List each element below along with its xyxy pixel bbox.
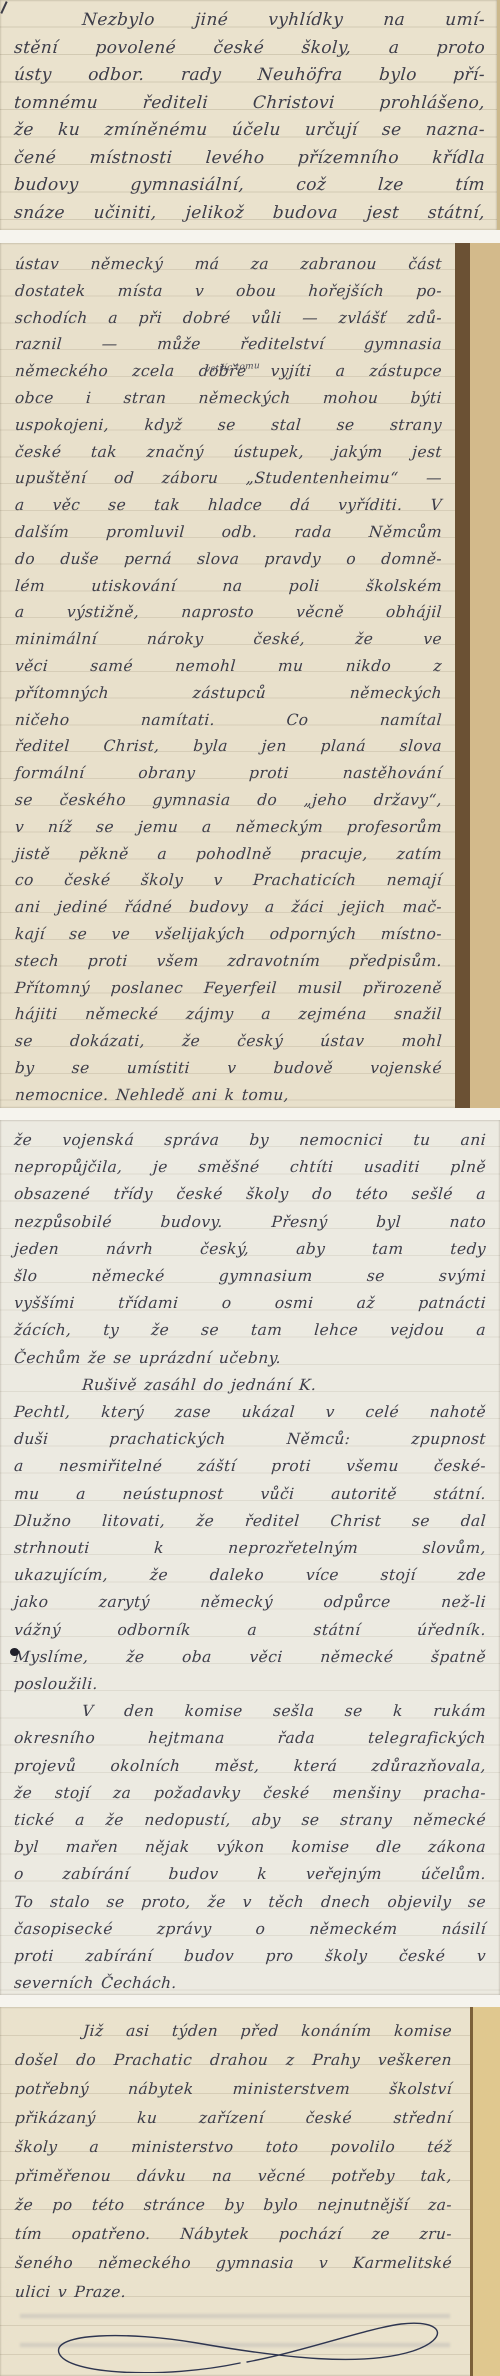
handwriting-line: co české školy v Prachaticích nemají (14, 867, 443, 894)
handwriting-line: nemocnice. Nehledě ani k tomu, (14, 1082, 443, 1108)
handwriting-line: jistě pěkně a pohodlně pracuje, zatím (14, 841, 443, 868)
handwriting-line: ani jediné řádné budovy a žáci jejich ma… (14, 894, 443, 921)
handwriting-line: projevů okolních měst, která zdůrazňoval… (13, 1753, 487, 1780)
handwriting-line: upuštění od záboru „Studentenheimu“ — (14, 465, 443, 492)
handwriting-line: snáze učiniti, jelikož budova jest státn… (13, 200, 486, 228)
handwriting-line: by se umístiti v budově vojenské (14, 1055, 443, 1082)
handwriting-line: Dlužno litovati, že ředitel Christ se da… (13, 1508, 487, 1535)
handwriting-line: šeného německého gymnasia v Karmelitské (14, 2249, 453, 2278)
handwriting-line: české tak značný ústupek, jakým jest (14, 439, 443, 466)
fragment-3-text: že vojenská správa by nemocnici tu anine… (14, 1127, 486, 1995)
handwriting-line: vyššími třídami o osmi až patnácti (13, 1290, 487, 1317)
end-flourish-icon (15, 2311, 445, 2373)
handwriting-line: lém utiskování na poli školském (14, 573, 443, 600)
handwriting-line: vážný odborník a státní úředník. (13, 1617, 487, 1644)
manuscript-fragment-2: vstříc tomu ústav německý má za zabranou… (0, 243, 500, 1108)
page-edge-strip (470, 2007, 500, 2376)
handwriting-line: ředitel Christ, byla jen planá slova (14, 733, 443, 760)
handwriting-line: V den komise sešla se k rukám (13, 1698, 487, 1725)
fragment-4-text: Již asi týden před konáním komisedošel d… (15, 2017, 452, 2307)
handwriting-line: dostatek místa v obou hořejších po- (14, 278, 443, 305)
handwriting-line: přikázaný ku zařízení české střední (14, 2104, 453, 2133)
handwriting-line: ústav německý má za zabranou část (14, 251, 443, 278)
handwriting-line: se dokázati, že český ústav mohl (14, 1028, 443, 1055)
handwriting-line: a výstižně, naprosto věcně obhájil (14, 599, 443, 626)
stray-ink-mark (0, 1, 7, 14)
handwriting-line: strhnouti k neprozřetelným slovům, (13, 1535, 487, 1562)
handwriting-line: přiměřenou dávku na věcné potřeby tak, (14, 2162, 453, 2191)
handwriting-line: nepropůjčila, je směšné chtíti usaditi p… (13, 1154, 487, 1181)
handwriting-line: časopisecké zprávy o německém násilí (13, 1916, 487, 1943)
manuscript-page: Nezbylo jiné vyhlídky na umí-stění povol… (0, 0, 500, 2376)
handwriting-line: Čechům že se uprázdní učebny. (13, 1345, 487, 1372)
handwriting-line: tické a že nedopustí, aby se strany něme… (13, 1807, 487, 1834)
handwriting-line: Rušivě zasáhl do jednání K. (13, 1372, 487, 1399)
page-edge-strip (470, 243, 500, 1108)
handwriting-line: obce i stran německých mohou býti (14, 385, 443, 412)
handwriting-line: že po této stránce by bylo nejnutnější z… (14, 2191, 453, 2220)
handwriting-line: o zabírání budov k veřejným účelům. (13, 1861, 487, 1888)
interlinear-insertion: vstříc tomu (205, 353, 261, 384)
manuscript-fragment-1: Nezbylo jiné vyhlídky na umí-stění povol… (0, 0, 500, 230)
handwriting-line: školy a ministerstvo toto povolilo též (14, 2133, 453, 2162)
handwriting-line: a věc se tak hladce dá vyříditi. V (14, 492, 443, 519)
handwriting-line: proti zabírání budov pro školy české v (13, 1943, 487, 1970)
handwriting-line: čené místnosti levého přízemního křídla (13, 145, 486, 173)
handwriting-line: tomnému řediteli Christovi prohlášeno, (13, 90, 486, 118)
end-flourish-container (15, 2311, 452, 2373)
handwriting-line: duši prachatických Němců: zpupnost (13, 1426, 487, 1453)
handwriting-line: jako zarytý německý odpůrce než-li (13, 1589, 487, 1616)
handwriting-line: okresního hejtmana řada telegrafických (13, 1725, 487, 1752)
handwriting-line: a nesmiřitelné záští proti všemu české- (13, 1453, 487, 1480)
handwriting-line: stění povolené české školy, a proto (13, 35, 486, 63)
handwriting-line: se českého gymnasia do „jeho državy“, (14, 787, 443, 814)
handwriting-line: Myslíme, že oba věci německé špatně (13, 1644, 487, 1671)
handwriting-line: došel do Prachatic drahou z Prahy vešker… (14, 2046, 453, 2075)
handwriting-line: Přítomný poslanec Feyerfeil musil přiroz… (14, 975, 443, 1002)
handwriting-line: dalším promluvil odb. rada Němcům (14, 519, 443, 546)
handwriting-line: že vojenská správa by nemocnici tu ani (13, 1127, 487, 1154)
handwriting-line: potřebný nábytek ministerstvem školství (14, 2075, 453, 2104)
handwriting-line: ústy odbor. rady Neuhöfra bylo pří- (13, 62, 486, 90)
handwriting-line: šlo německé gymnasium se svými (13, 1263, 487, 1290)
book-gutter-shadow (455, 243, 470, 1108)
handwriting-line: ničeho namítati. Co namítal (14, 707, 443, 734)
handwriting-line: minimální nároky české, že ve (14, 626, 443, 653)
handwriting-line: tím opatřeno. Nábytek pochází ze zru- (14, 2220, 453, 2249)
handwriting-line: schodích a při dobré vůli — zvlášť zdů- (14, 305, 443, 332)
handwriting-line: budovy gymnasiální, což lze tím (13, 172, 486, 200)
handwriting-line: byl mařen nějak výkon komise dle zákona (13, 1834, 487, 1861)
handwriting-line: že stojí za požadavky české menšiny prac… (13, 1780, 487, 1807)
handwriting-line: Již asi týden před konáním komise (14, 2017, 453, 2046)
handwriting-line: nezpůsobilé budovy. Přesný byl nato (13, 1209, 487, 1236)
handwriting-line: uspokojeni, když se stal se strany (14, 412, 443, 439)
ink-blot (10, 1648, 19, 1656)
handwriting-line: žácích, ty že se tam lehce vejdou a (13, 1317, 487, 1344)
handwriting-line: jeden návrh český, aby tam tedy (13, 1236, 487, 1263)
handwriting-line: formální obrany proti nastěhování (14, 760, 443, 787)
handwriting-line: mu a neústupnost vůči autoritě státní. (13, 1481, 487, 1508)
handwriting-line: hájiti německé zájmy a zejména snažil (14, 1001, 443, 1028)
manuscript-fragment-4: Již asi týden před konáním komisedošel d… (0, 2007, 500, 2376)
handwriting-line: do duše perná slova pravdy o domně- (14, 546, 443, 573)
handwriting-line: ulici v Praze. (14, 2278, 453, 2307)
handwriting-line: Pechtl, který zase ukázal v celé nahotě (13, 1399, 487, 1426)
handwriting-line: stech proti všem zdravotním předpisům. (14, 948, 443, 975)
handwriting-line: kají se ve všelijakých odporných místno- (14, 921, 443, 948)
handwriting-line: věci samé nemohl mu nikdo z (14, 653, 443, 680)
handwriting-line: ukazujícím, že daleko více stojí zde (13, 1562, 487, 1589)
handwriting-line: obsazené třídy české školy do této sešlé… (13, 1181, 487, 1208)
handwriting-line: přítomných zástupců německých (14, 680, 443, 707)
handwriting-line: To stalo se proto, že v těch dnech objev… (13, 1889, 487, 1916)
fragment-1-text: Nezbylo jiné vyhlídky na umí-stění povol… (14, 7, 485, 227)
handwriting-line: raznil — může ředitelství gymnasia (14, 331, 443, 358)
manuscript-fragment-3: že vojenská správa by nemocnici tu anine… (0, 1120, 500, 1995)
handwriting-line: v níž se jemu a německým profesorům (14, 814, 443, 841)
handwriting-line: Nezbylo jiné vyhlídky na umí- (13, 7, 486, 35)
handwriting-line: severních Čechách. (13, 1970, 487, 1995)
handwriting-line: že ku zmíněnému účelu určují se nazna- (13, 117, 486, 145)
handwriting-line: posloužili. (13, 1671, 487, 1698)
